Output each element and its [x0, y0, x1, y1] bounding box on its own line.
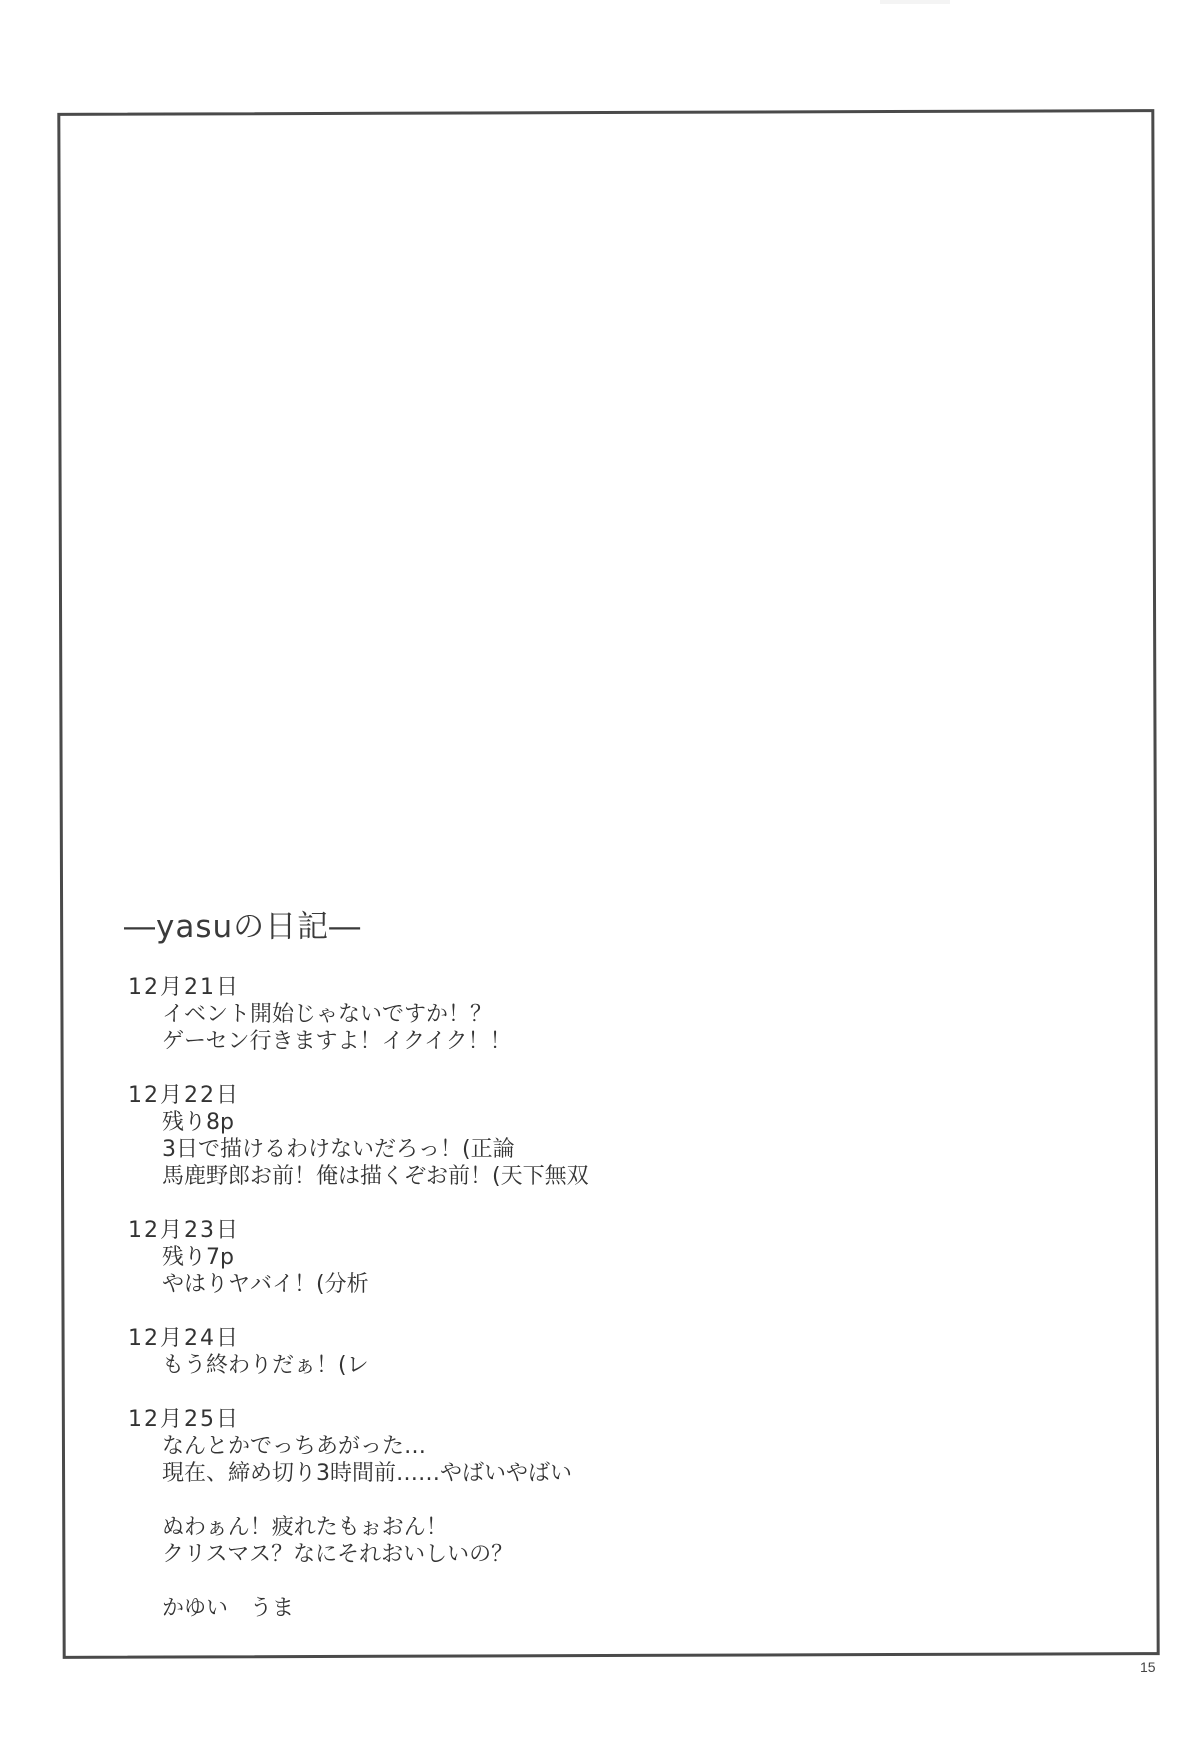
entry-line: 馬鹿野郎お前！俺は描くぞお前！(天下無双 [124, 1163, 824, 1190]
diary-section: ―yasuの日記― 12月21日 イベント開始じゃないですか！？ ゲーセン行きま… [124, 906, 824, 1649]
entry-line: 残り7p [124, 1244, 824, 1271]
entry-line: 現在、締め切り3時間前……やばいやばい [124, 1460, 824, 1487]
entry-line: クリスマス？なにそれおいしいの？ [124, 1541, 824, 1568]
entry-line: イベント開始じゃないですか！？ [124, 1001, 824, 1028]
entry-line: もう終わりだぁ！(レ [124, 1352, 824, 1379]
entry-date: 12月24日 [124, 1325, 824, 1352]
entry-line: ぬわぁん！疲れたもぉおん！ [124, 1514, 824, 1541]
diary-title: ―yasuの日記― [124, 906, 824, 948]
entry-line: なんとかでっちあがった… [124, 1433, 824, 1460]
entry-line: かゆい うま [124, 1595, 824, 1622]
entry-date: 12月21日 [124, 974, 824, 1001]
diary-entry-dec-23: 12月23日 残り7p やはりヤバイ！(分析 [124, 1217, 824, 1298]
entry-line: 3日で描けるわけないだろっ！(正論 [124, 1136, 824, 1163]
diary-entry-dec-24: 12月24日 もう終わりだぁ！(レ [124, 1325, 824, 1379]
diary-entry-dec-22: 12月22日 残り8p 3日で描けるわけないだろっ！(正論 馬鹿野郎お前！俺は描… [124, 1082, 824, 1190]
entry-date: 12月22日 [124, 1082, 824, 1109]
entry-line: ゲーセン行きますよ！イクイク！！ [124, 1028, 824, 1055]
entry-date: 12月25日 [124, 1406, 824, 1433]
entry-line: やはりヤバイ！(分析 [124, 1271, 824, 1298]
entry-date: 12月23日 [124, 1217, 824, 1244]
scan-artifact [880, 0, 950, 4]
page-number: 15 [1140, 1658, 1156, 1676]
entry-blank-line [124, 1568, 824, 1595]
diary-entry-dec-21: 12月21日 イベント開始じゃないですか！？ ゲーセン行きますよ！イクイク！！ [124, 974, 824, 1055]
entry-blank-line [124, 1487, 824, 1514]
diary-entry-dec-25: 12月25日 なんとかでっちあがった… 現在、締め切り3時間前……やばいやばい … [124, 1406, 824, 1622]
entry-line: 残り8p [124, 1109, 824, 1136]
